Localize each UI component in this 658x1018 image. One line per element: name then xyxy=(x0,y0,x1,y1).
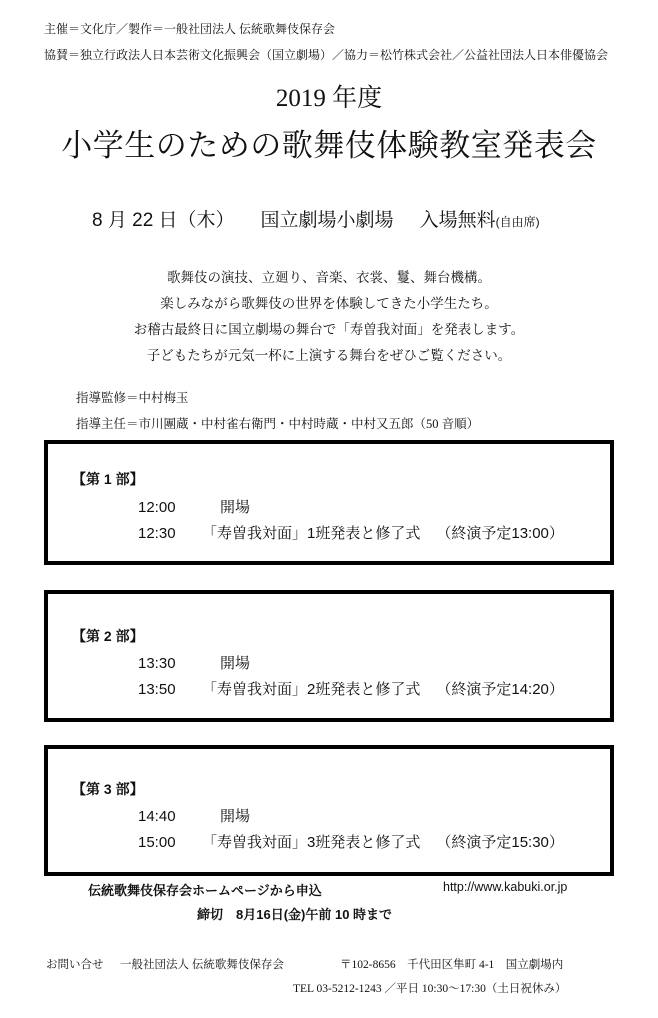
end-time-note: （終演予定15:30） xyxy=(420,834,564,851)
staff-supervisor: 指導監修＝中村梅玉 xyxy=(76,388,189,406)
intro-line: 楽しみながら歌舞伎の世界を体験してきた小学生たち。 xyxy=(0,292,658,312)
contact-address: 〒102-8656 千代田区隼町 4-1 国立劇場内 xyxy=(340,956,563,972)
schedule-row-performance: 15:00「寿曽我対面」3班発表と修了式（終演予定15:30） xyxy=(138,831,564,852)
sponsor-credit: 協賛＝独立行政法人日本芸術文化振興会（国立劇場）／協力＝松竹株式会社／公益社団法… xyxy=(44,46,608,63)
schedule-row-opening: 13:30開場 xyxy=(138,652,250,673)
event-venue: 国立劇場小劇場 xyxy=(261,210,394,231)
intro-line: 歌舞伎の演技、立廻り、音楽、衣裳、鬘、舞台機構。 xyxy=(0,266,658,286)
event-year: 2019 年度 xyxy=(0,78,658,114)
schedule-row-performance: 13:50「寿曽我対面」2班発表と修了式（終演予定14:20） xyxy=(138,678,564,699)
show-time: 13:50 xyxy=(138,681,202,698)
contact-phone: TEL 03-5212-1243 ／平日 10:30～17:30（土日祝休み） xyxy=(293,980,566,996)
open-label: 開場 xyxy=(202,655,250,672)
open-label: 開場 xyxy=(202,808,250,825)
show-label: 「寿曽我対面」1班発表と修了式 xyxy=(202,525,420,542)
show-label: 「寿曽我対面」3班発表と修了式 xyxy=(202,834,420,851)
end-time-note: （終演予定14:20） xyxy=(420,681,564,698)
open-time: 12:00 xyxy=(138,499,202,516)
open-time: 13:30 xyxy=(138,655,202,672)
open-time: 14:40 xyxy=(138,808,202,825)
seating-info: (自由席) xyxy=(496,215,540,229)
event-info-line: 8 月 22 日（木）国立劇場小劇場入場無料(自由席) xyxy=(92,205,540,232)
schedule-row-opening: 14:40開場 xyxy=(138,805,250,826)
application-deadline: 締切 8月16日(金)午前 10 時まで xyxy=(197,904,392,923)
open-label: 開場 xyxy=(202,499,250,516)
part-label: 【第 2 部】 xyxy=(72,626,144,646)
schedule-row-performance: 12:30「寿曽我対面」1班発表と修了式（終演予定13:00） xyxy=(138,522,564,543)
page-title: 小学生のための歌舞伎体験教室発表会 xyxy=(0,120,658,165)
intro-line: 子どもたちが元気一杯に上演する舞台をぜひご覧ください。 xyxy=(0,344,658,364)
show-label: 「寿曽我対面」2班発表と修了式 xyxy=(202,681,420,698)
schedule-box-part-1: 【第 1 部】 12:00開場 12:30「寿曽我対面」1班発表と修了式（終演予… xyxy=(44,440,614,565)
schedule-box-part-3: 【第 3 部】 14:40開場 15:00「寿曽我対面」3班発表と修了式（終演予… xyxy=(44,745,614,876)
application-text: 伝統歌舞伎保存会ホームページから申込 xyxy=(88,880,322,899)
schedule-box-part-2: 【第 2 部】 13:30開場 13:50「寿曽我対面」2班発表と修了式（終演予… xyxy=(44,590,614,722)
schedule-row-opening: 12:00開場 xyxy=(138,496,250,517)
organizer-credit: 主催＝文化庁／製作＝一般社団法人 伝統歌舞伎保存会 xyxy=(44,20,335,37)
show-time: 12:30 xyxy=(138,525,202,542)
intro-line: お稽古最終日に国立劇場の舞台で「寿曽我対面」を発表します。 xyxy=(0,318,658,338)
show-time: 15:00 xyxy=(138,834,202,851)
admission-info: 入場無料 xyxy=(420,210,496,231)
contact-org: 一般社団法人 伝統歌舞伎保存会 xyxy=(120,956,284,972)
end-time-note: （終演予定13:00） xyxy=(420,525,564,542)
staff-instructors: 指導主任＝市川團蔵・中村雀右衛門・中村時蔵・中村又五郎（50 音順） xyxy=(76,414,479,432)
part-label: 【第 3 部】 xyxy=(72,779,144,799)
contact-label: お問い合せ xyxy=(46,956,104,972)
website-link[interactable]: http://www.kabuki.or.jp xyxy=(443,880,567,894)
event-date: 8 月 22 日（木） xyxy=(92,210,235,231)
part-label: 【第 1 部】 xyxy=(72,469,144,489)
